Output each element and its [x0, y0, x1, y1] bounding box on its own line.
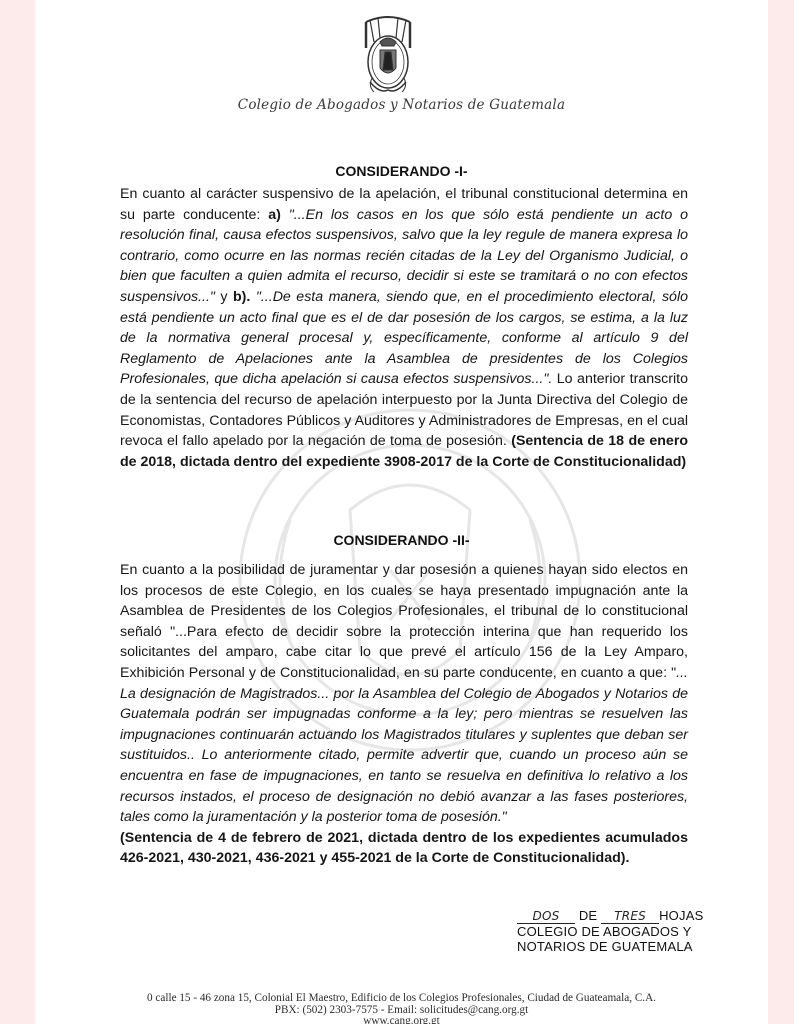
- section-paragraph-considerando-1: En cuanto al carácter suspensivo de la a…: [120, 184, 688, 472]
- address-footer: 0 calle 15 - 46 zona 15, Colonial El Mae…: [35, 993, 768, 1024]
- letterhead-institution-name: Colegio de Abogados y Notarios de Guatem…: [35, 97, 768, 113]
- paragraph-intro: En cuanto a la posibilidad de juramentar…: [120, 562, 688, 681]
- coat-of-arms-crest-icon: [360, 12, 416, 96]
- section-heading-considerando-2: CONSIDERANDO -II-: [35, 532, 768, 548]
- sheet-count-line: DOS DE TRESHOJAS: [517, 908, 757, 924]
- document-page: Colegio de Abogados y Notarios de Guatem…: [35, 0, 768, 1024]
- citation-text: (Sentencia de 4 de febrero de 2021, dict…: [120, 830, 688, 867]
- stamp-line-institution-1: COLEGIO DE ABOGADOS Y: [517, 924, 757, 940]
- stamp-line-institution-2: NOTARIOS DE GUATEMALA: [517, 939, 757, 955]
- connector-text: y: [215, 289, 233, 305]
- sheets-label: HOJAS: [659, 908, 703, 923]
- of-label: DE: [579, 908, 597, 923]
- section-paragraph-considerando-2: En cuanto a la posibilidad de juramentar…: [120, 560, 688, 869]
- section-heading-considerando-1: CONSIDERANDO -I-: [35, 163, 768, 179]
- sheet-count-stamp: DOS DE TRESHOJAS COLEGIO DE ABOGADOS Y N…: [517, 908, 757, 955]
- current-sheet-handwritten: DOS: [517, 910, 575, 924]
- quote-text: ... La designación de Magistrados... por…: [120, 665, 688, 825]
- footer-website: www.cang.org.gt: [35, 1016, 768, 1024]
- item-label-a: a): [268, 207, 281, 223]
- footer-address: 0 calle 15 - 46 zona 15, Colonial El Mae…: [35, 993, 768, 1005]
- item-label-b: b).: [233, 289, 250, 305]
- total-sheets-handwritten: TRES: [601, 910, 659, 924]
